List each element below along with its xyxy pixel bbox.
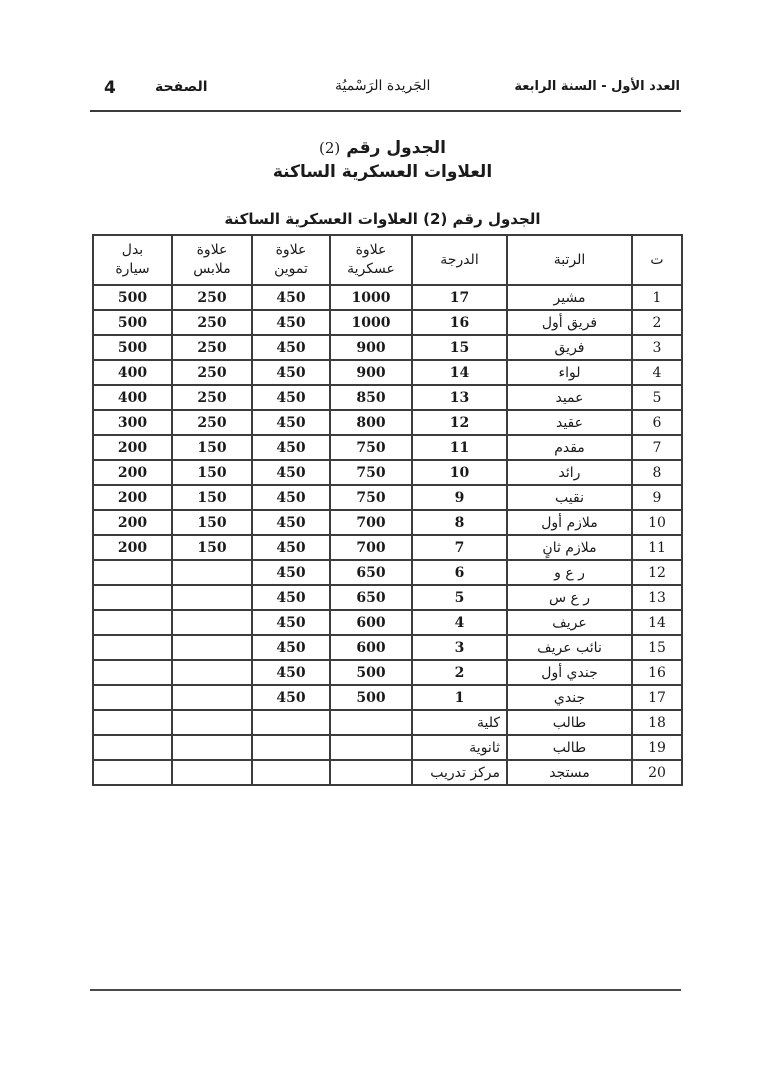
cell-military-allowance: 500: [330, 660, 412, 685]
cell-index: 12: [632, 560, 682, 585]
cell-car-allowance: 400: [93, 360, 172, 385]
header-clothing-allowance: علاوةملابس: [172, 235, 252, 285]
cell-car-allowance: 200: [93, 460, 172, 485]
header-grade: الدرجة: [412, 235, 507, 285]
table-row: 13ر ع س5650450: [93, 585, 682, 610]
cell-car-allowance: [93, 585, 172, 610]
cell-index: 13: [632, 585, 682, 610]
cell-supply-allowance: [252, 735, 330, 760]
cell-grade: كلية: [412, 710, 507, 735]
cell-military-allowance: 900: [330, 360, 412, 385]
cell-military-allowance: 1000: [330, 285, 412, 310]
table-row: 14عريف4600450: [93, 610, 682, 635]
cell-car-allowance: 500: [93, 310, 172, 335]
cell-clothing-allowance: [172, 735, 252, 760]
cell-index: 4: [632, 360, 682, 385]
table-row: 3فريق15900450250500: [93, 335, 682, 360]
cell-supply-allowance: 450: [252, 410, 330, 435]
cell-military-allowance: 750: [330, 485, 412, 510]
table-caption: الجدول رقم (2) العلاوات العسكرية الساكنة: [0, 210, 765, 228]
cell-grade: 7: [412, 535, 507, 560]
cell-index: 2: [632, 310, 682, 335]
cell-rank: طالب: [507, 735, 632, 760]
cell-supply-allowance: 450: [252, 360, 330, 385]
gazette-name: الجَريدة الرَسْميُة: [335, 78, 430, 94]
cell-index: 19: [632, 735, 682, 760]
cell-clothing-allowance: 250: [172, 360, 252, 385]
cell-rank: لواء: [507, 360, 632, 385]
table-row: 16جندي أول2500450: [93, 660, 682, 685]
cell-car-allowance: 500: [93, 285, 172, 310]
cell-rank: نقيب: [507, 485, 632, 510]
cell-supply-allowance: 450: [252, 285, 330, 310]
cell-grade: 11: [412, 435, 507, 460]
cell-grade: 5: [412, 585, 507, 610]
cell-car-allowance: 500: [93, 335, 172, 360]
cell-index: 9: [632, 485, 682, 510]
table-row: 10ملازم أول8700450150200: [93, 510, 682, 535]
footer-divider: [90, 989, 681, 991]
header-supply-allowance: علاوةتموين: [252, 235, 330, 285]
cell-rank: عريف: [507, 610, 632, 635]
cell-grade: 13: [412, 385, 507, 410]
cell-military-allowance: [330, 710, 412, 735]
table-header-row: ت الرتبة الدرجة علاوةعسكرية علاوةتموين ع…: [93, 235, 682, 285]
cell-rank: مستجد: [507, 760, 632, 785]
cell-supply-allowance: 450: [252, 510, 330, 535]
cell-military-allowance: 750: [330, 435, 412, 460]
header-divider: [90, 110, 681, 112]
cell-car-allowance: 200: [93, 510, 172, 535]
cell-supply-allowance: [252, 760, 330, 785]
page-number: 4: [104, 78, 116, 98]
cell-car-allowance: [93, 710, 172, 735]
cell-rank: ملازم أول: [507, 510, 632, 535]
cell-rank: رائد: [507, 460, 632, 485]
cell-military-allowance: 900: [330, 335, 412, 360]
table-row: 9نقيب9750450150200: [93, 485, 682, 510]
cell-clothing-allowance: [172, 635, 252, 660]
cell-index: 1: [632, 285, 682, 310]
cell-index: 7: [632, 435, 682, 460]
cell-supply-allowance: 450: [252, 635, 330, 660]
cell-car-allowance: [93, 660, 172, 685]
table-title-number: (2): [319, 139, 340, 157]
cell-rank: جندي أول: [507, 660, 632, 685]
cell-car-allowance: [93, 610, 172, 635]
table-row: 15نائب عريف3600450: [93, 635, 682, 660]
table-title-line2: العلاوات العسكرية الساكنة: [0, 160, 765, 184]
cell-military-allowance: 650: [330, 585, 412, 610]
cell-clothing-allowance: 250: [172, 385, 252, 410]
cell-grade: 3: [412, 635, 507, 660]
cell-clothing-allowance: 250: [172, 335, 252, 360]
cell-supply-allowance: 450: [252, 685, 330, 710]
cell-rank: فريق أول: [507, 310, 632, 335]
cell-military-allowance: [330, 760, 412, 785]
cell-clothing-allowance: 150: [172, 510, 252, 535]
cell-clothing-allowance: [172, 685, 252, 710]
document-title: الجدول رقم (2) العلاوات العسكرية الساكنة: [0, 136, 765, 184]
header-rank: الرتبة: [507, 235, 632, 285]
cell-grade: 1: [412, 685, 507, 710]
cell-military-allowance: 800: [330, 410, 412, 435]
cell-clothing-allowance: 250: [172, 410, 252, 435]
cell-military-allowance: 600: [330, 635, 412, 660]
header-car-allowance: بدلسيارة: [93, 235, 172, 285]
cell-clothing-allowance: [172, 610, 252, 635]
cell-clothing-allowance: 150: [172, 435, 252, 460]
cell-rank: مشير: [507, 285, 632, 310]
cell-military-allowance: 600: [330, 610, 412, 635]
cell-supply-allowance: [252, 710, 330, 735]
cell-rank: عميد: [507, 385, 632, 410]
table-row: 17جندي1500450: [93, 685, 682, 710]
cell-grade: 14: [412, 360, 507, 385]
cell-clothing-allowance: [172, 585, 252, 610]
cell-military-allowance: 750: [330, 460, 412, 485]
cell-clothing-allowance: [172, 710, 252, 735]
cell-clothing-allowance: [172, 660, 252, 685]
cell-military-allowance: 700: [330, 510, 412, 535]
cell-supply-allowance: 450: [252, 535, 330, 560]
header-index: ت: [632, 235, 682, 285]
table-row: 2فريق أول161000450250500: [93, 310, 682, 335]
header-military-allowance: علاوةعسكرية: [330, 235, 412, 285]
cell-supply-allowance: 450: [252, 660, 330, 685]
cell-car-allowance: [93, 635, 172, 660]
cell-car-allowance: [93, 685, 172, 710]
allowances-table: ت الرتبة الدرجة علاوةعسكرية علاوةتموين ع…: [92, 234, 683, 786]
cell-clothing-allowance: 250: [172, 310, 252, 335]
cell-rank: ملازم ثانٍ: [507, 535, 632, 560]
table-row: 19طالبثانوية: [93, 735, 682, 760]
cell-grade: 17: [412, 285, 507, 310]
table-row: 5عميد13850450250400: [93, 385, 682, 410]
cell-military-allowance: 500: [330, 685, 412, 710]
cell-car-allowance: [93, 735, 172, 760]
table-title-text: الجدول رقم: [346, 138, 446, 158]
cell-supply-allowance: 450: [252, 385, 330, 410]
cell-military-allowance: 1000: [330, 310, 412, 335]
cell-rank: ر ع و: [507, 560, 632, 585]
issue-info: العدد الأول - السنة الرابعة: [514, 79, 680, 94]
cell-grade: 16: [412, 310, 507, 335]
cell-grade: 12: [412, 410, 507, 435]
cell-supply-allowance: 450: [252, 460, 330, 485]
cell-supply-allowance: 450: [252, 485, 330, 510]
cell-clothing-allowance: [172, 760, 252, 785]
cell-index: 20: [632, 760, 682, 785]
cell-rank: نائب عريف: [507, 635, 632, 660]
page-label: الصفحة: [155, 79, 208, 95]
cell-grade: ثانوية: [412, 735, 507, 760]
cell-car-allowance: 300: [93, 410, 172, 435]
cell-supply-allowance: 450: [252, 560, 330, 585]
cell-index: 17: [632, 685, 682, 710]
cell-supply-allowance: 450: [252, 610, 330, 635]
cell-military-allowance: [330, 735, 412, 760]
cell-car-allowance: 200: [93, 435, 172, 460]
cell-index: 3: [632, 335, 682, 360]
table-row: 6عقيد12800450250300: [93, 410, 682, 435]
cell-military-allowance: 700: [330, 535, 412, 560]
cell-supply-allowance: 450: [252, 310, 330, 335]
cell-grade: 8: [412, 510, 507, 535]
table-row: 7مقدم11750450150200: [93, 435, 682, 460]
cell-rank: ر ع س: [507, 585, 632, 610]
cell-index: 18: [632, 710, 682, 735]
cell-index: 5: [632, 385, 682, 410]
cell-index: 10: [632, 510, 682, 535]
cell-rank: عقيد: [507, 410, 632, 435]
cell-rank: طالب: [507, 710, 632, 735]
cell-index: 16: [632, 660, 682, 685]
cell-grade: 4: [412, 610, 507, 635]
cell-grade: 15: [412, 335, 507, 360]
table-row: 12ر ع و6650450: [93, 560, 682, 585]
cell-grade: مركز تدريب: [412, 760, 507, 785]
cell-rank: فريق: [507, 335, 632, 360]
cell-supply-allowance: 450: [252, 435, 330, 460]
table-row: 18طالبكلية: [93, 710, 682, 735]
cell-clothing-allowance: [172, 560, 252, 585]
cell-rank: جندي: [507, 685, 632, 710]
cell-clothing-allowance: 150: [172, 460, 252, 485]
table-row: 11ملازم ثانٍ7700450150200: [93, 535, 682, 560]
cell-military-allowance: 650: [330, 560, 412, 585]
cell-clothing-allowance: 150: [172, 485, 252, 510]
cell-index: 6: [632, 410, 682, 435]
table-row: 1مشير171000450250500: [93, 285, 682, 310]
page-header: 4 الصفحة الجَريدة الرَسْميُة العدد الأول…: [90, 78, 680, 102]
table-row: 20مستجدمركز تدريب: [93, 760, 682, 785]
cell-grade: 9: [412, 485, 507, 510]
cell-index: 15: [632, 635, 682, 660]
cell-grade: 2: [412, 660, 507, 685]
cell-grade: 6: [412, 560, 507, 585]
cell-car-allowance: [93, 560, 172, 585]
cell-supply-allowance: 450: [252, 585, 330, 610]
cell-clothing-allowance: 150: [172, 535, 252, 560]
cell-car-allowance: [93, 760, 172, 785]
cell-clothing-allowance: 250: [172, 285, 252, 310]
cell-rank: مقدم: [507, 435, 632, 460]
cell-car-allowance: 200: [93, 535, 172, 560]
cell-car-allowance: 200: [93, 485, 172, 510]
table-row: 4لواء14900450250400: [93, 360, 682, 385]
cell-car-allowance: 400: [93, 385, 172, 410]
cell-supply-allowance: 450: [252, 335, 330, 360]
cell-military-allowance: 850: [330, 385, 412, 410]
cell-index: 14: [632, 610, 682, 635]
table-title-line1: الجدول رقم (2): [0, 136, 765, 160]
table-row: 8رائد10750450150200: [93, 460, 682, 485]
cell-index: 11: [632, 535, 682, 560]
cell-index: 8: [632, 460, 682, 485]
cell-grade: 10: [412, 460, 507, 485]
